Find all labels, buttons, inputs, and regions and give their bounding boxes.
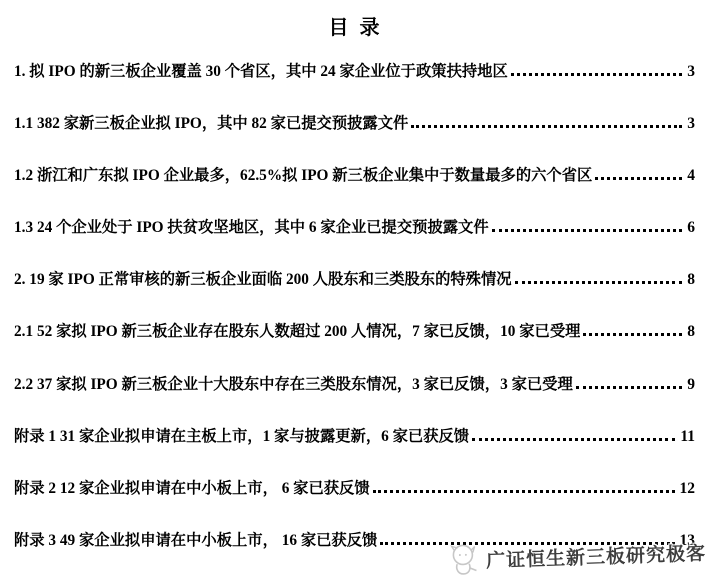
toc-entry-label: 附录 3 49 家企业拟申请在中小板上市， 16 家已获反馈 (14, 515, 377, 567)
dot-leader (373, 490, 675, 493)
document-page: 目 录 1. 拟 IPO 的新三板企业覆盖 30 个省区，其中 24 家企业位于… (0, 0, 711, 581)
doc-title: 目 录 (0, 11, 711, 40)
toc-entry-label: 2.2 37 家拟 IPO 新三板企业十大股东中存在三类股东情况，3 家已反馈，… (14, 359, 573, 411)
dot-leader (492, 229, 683, 232)
dot-leader (472, 438, 675, 441)
toc-list: 1. 拟 IPO 的新三板企业覆盖 30 个省区，其中 24 家企业位于政策扶持… (14, 46, 695, 567)
toc-entry-label: 附录 2 12 家企业拟申请在中小板上市， 6 家已获反馈 (14, 463, 370, 515)
toc-entry-label: 1.2 浙江和广东拟 IPO 企业最多，62.5%拟 IPO 新三板企业集中于数… (14, 150, 592, 202)
toc-entry: 1.2 浙江和广东拟 IPO 企业最多，62.5%拟 IPO 新三板企业集中于数… (14, 150, 695, 202)
toc-page-number: 4 (687, 150, 695, 202)
toc-entry-label: 1.3 24 个企业处于 IPO 扶贫攻坚地区，其中 6 家企业已提交预披露文件 (14, 202, 489, 254)
brand-watermark: 广证恒生新三板研究极客 (445, 533, 706, 578)
toc-entry: 1.3 24 个企业处于 IPO 扶贫攻坚地区，其中 6 家企业已提交预披露文件… (14, 202, 695, 254)
toc-entry-label: 2.1 52 家拟 IPO 新三板企业存在股东人数超过 200 人情况，7 家已… (14, 306, 580, 358)
toc-entry-label: 2. 19 家 IPO 正常审核的新三板企业面临 200 人股东和三类股东的特殊… (14, 254, 512, 306)
toc-entry: 附录 1 31 家企业拟申请在主板上市，1 家与披露更新，6 家已获反馈 11 (14, 411, 695, 463)
toc-page-number: 8 (687, 254, 695, 306)
toc-entry-label: 1. 拟 IPO 的新三板企业覆盖 30 个省区，其中 24 家企业位于政策扶持… (14, 46, 508, 98)
dot-leader (411, 125, 682, 128)
dot-leader (515, 281, 683, 284)
dot-leader (583, 333, 682, 336)
mascot-icon (445, 541, 484, 578)
dot-leader (595, 177, 682, 180)
dot-leader (511, 73, 682, 76)
toc-entry: 附录 2 12 家企业拟申请在中小板上市， 6 家已获反馈 12 (14, 463, 695, 515)
toc-page-number: 11 (680, 411, 695, 463)
toc-page-number: 3 (687, 46, 695, 98)
toc-page-number: 8 (687, 306, 695, 358)
toc-entry-label: 附录 1 31 家企业拟申请在主板上市，1 家与披露更新，6 家已获反馈 (14, 411, 469, 463)
toc-entry: 2.2 37 家拟 IPO 新三板企业十大股东中存在三类股东情况，3 家已反馈，… (14, 359, 695, 411)
toc-page-number: 9 (687, 359, 695, 411)
toc-page-number: 12 (680, 463, 696, 515)
toc-entry: 2.1 52 家拟 IPO 新三板企业存在股东人数超过 200 人情况，7 家已… (14, 306, 695, 358)
toc-entry-label: 1.1 382 家新三板企业拟 IPO，其中 82 家已提交预披露文件 (14, 98, 408, 150)
toc-entry: 1. 拟 IPO 的新三板企业覆盖 30 个省区，其中 24 家企业位于政策扶持… (14, 46, 695, 98)
dot-leader (576, 386, 682, 389)
toc-entry: 1.1 382 家新三板企业拟 IPO，其中 82 家已提交预披露文件 3 (14, 98, 695, 150)
toc-entry: 2. 19 家 IPO 正常审核的新三板企业面临 200 人股东和三类股东的特殊… (14, 254, 695, 306)
toc-page-number: 6 (687, 202, 695, 254)
watermark-text: 广证恒生新三板研究极客 (486, 538, 707, 573)
toc-page-number: 3 (687, 98, 695, 150)
